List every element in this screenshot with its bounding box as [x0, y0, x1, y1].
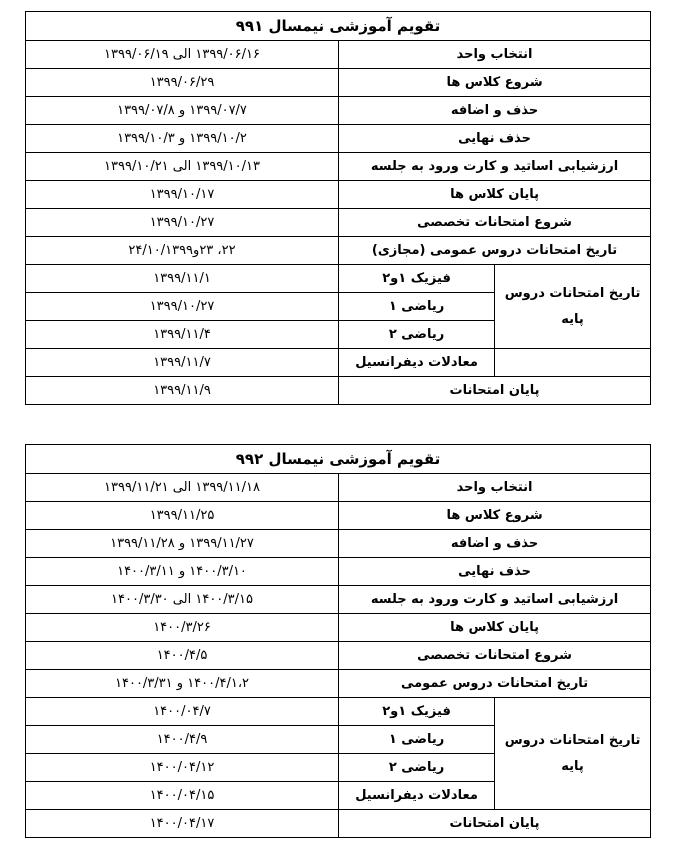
row-label: حذف نهایی	[339, 558, 651, 586]
course-name: فیزیک ۱و۲	[339, 698, 495, 726]
row-value: ۱۳۹۹/۱۱/۲۷ و ۱۳۹۹/۱۱/۲۸	[26, 530, 339, 558]
course-name: ریاضی ۱	[339, 726, 495, 754]
table-row: تاریخ امتحانات دروس عمومی ۱۴۰۰/۴/۱،۲ و ۱…	[26, 670, 651, 698]
row-label: پایان کلاس ها	[339, 181, 651, 209]
table-row: شروع کلاس ها ۱۳۹۹/۱۱/۲۵	[26, 502, 651, 530]
table-row: حذف و اضافه ۱۳۹۹/۱۱/۲۷ و ۱۳۹۹/۱۱/۲۸	[26, 530, 651, 558]
row-value: ۱۴۰۰/۳/۱۰ و ۱۴۰۰/۳/۱۱	[26, 558, 339, 586]
course-date: ۱۴۰۰/۴/۹	[26, 726, 339, 754]
row-label: شروع امتحانات تخصصی	[339, 209, 651, 237]
basic-course-row: معادلات دیفرانسیل ۱۳۹۹/۱۱/۷	[26, 349, 651, 377]
row-label: ارزشیابی اساتید و کارت ورود به جلسه	[339, 153, 651, 181]
row-label: پایان کلاس ها	[339, 614, 651, 642]
basic-courses-group-label: تاریخ امتحانات دروس پایه	[495, 265, 651, 349]
basic-courses-group-label: تاریخ امتحانات دروس پایه	[495, 698, 651, 810]
row-label: ارزشیابی اساتید و کارت ورود به جلسه	[339, 586, 651, 614]
table-row: تاریخ امتحانات دروس عمومی (مجازی) ۲۲، ۲۳…	[26, 237, 651, 265]
row-value: ۱۴۰۰/۳/۲۶	[26, 614, 339, 642]
row-value: ۱۴۰۰/۴/۵	[26, 642, 339, 670]
course-name: فیزیک ۱و۲	[339, 265, 495, 293]
row-label: پایان امتحانات	[339, 377, 651, 405]
course-date: ۱۴۰۰/۰۴/۱۲	[26, 754, 339, 782]
table-row: حذف و اضافه ۱۳۹۹/۰۷/۷ و ۱۳۹۹/۰۷/۸	[26, 97, 651, 125]
table-row: شروع امتحانات تخصصی ۱۴۰۰/۴/۵	[26, 642, 651, 670]
course-date: ۱۳۹۹/۱۱/۴	[26, 321, 339, 349]
row-value: ۱۳۹۹/۱۱/۹	[26, 377, 339, 405]
row-value: ۱۴۰۰/۳/۱۵ الی ۱۴۰۰/۳/۳۰	[26, 586, 339, 614]
row-label: شروع کلاس ها	[339, 69, 651, 97]
course-name: ریاضی ۲	[339, 754, 495, 782]
course-date: ۱۳۹۹/۱۱/۷	[26, 349, 339, 377]
row-value: ۱۳۹۹/۱۱/۲۵	[26, 502, 339, 530]
row-label: حذف نهایی	[339, 125, 651, 153]
course-name: معادلات دیفرانسیل	[339, 349, 495, 377]
table-row: حذف نهایی ۱۴۰۰/۳/۱۰ و ۱۴۰۰/۳/۱۱	[26, 558, 651, 586]
course-date: ۱۳۹۹/۱۱/۱	[26, 265, 339, 293]
course-date: ۱۴۰۰/۰۴/۷	[26, 698, 339, 726]
table-row: شروع امتحانات تخصصی ۱۳۹۹/۱۰/۲۷	[26, 209, 651, 237]
row-label: حذف و اضافه	[339, 97, 651, 125]
row-value: ۱۳۹۹/۱۰/۱۳ الی ۱۳۹۹/۱۰/۲۱	[26, 153, 339, 181]
row-value: ۱۳۹۹/۱۰/۲۷	[26, 209, 339, 237]
table-row: ارزشیابی اساتید و کارت ورود به جلسه ۱۳۹۹…	[26, 153, 651, 181]
table-row: حذف نهایی ۱۳۹۹/۱۰/۲ و ۱۳۹۹/۱۰/۳	[26, 125, 651, 153]
row-value: ۱۳۹۹/۱۰/۲ و ۱۳۹۹/۱۰/۳	[26, 125, 339, 153]
semester-991-calendar-table: تقویم آموزشی نیمسال ۹۹۱ انتخاب واحد ۱۳۹۹…	[25, 11, 651, 405]
semester-992-calendar-table: تقویم آموزشی نیمسال ۹۹۲ انتخاب واحد ۱۳۹۹…	[25, 444, 651, 838]
row-label: پایان امتحانات	[339, 810, 651, 838]
row-label: تاریخ امتحانات دروس عمومی	[339, 670, 651, 698]
row-value: ۱۳۹۹/۱۱/۱۸ الی ۱۳۹۹/۱۱/۲۱	[26, 474, 339, 502]
table-row: انتخاب واحد ۱۳۹۹/۰۶/۱۶ الی ۱۳۹۹/۰۶/۱۹	[26, 41, 651, 69]
end-exams-row: پایان امتحانات ۱۳۹۹/۱۱/۹	[26, 377, 651, 405]
row-value: ۱۴۰۰/۰۴/۱۷	[26, 810, 339, 838]
empty-cell	[495, 349, 651, 377]
course-name: معادلات دیفرانسیل	[339, 782, 495, 810]
row-value: ۱۳۹۹/۰۶/۲۹	[26, 69, 339, 97]
row-label: شروع امتحانات تخصصی	[339, 642, 651, 670]
table-row: ارزشیابی اساتید و کارت ورود به جلسه ۱۴۰۰…	[26, 586, 651, 614]
row-value: ۱۳۹۹/۰۶/۱۶ الی ۱۳۹۹/۰۶/۱۹	[26, 41, 339, 69]
row-value: ۲۲، ۲۳و۲۴/۱۰/۱۳۹۹	[26, 237, 339, 265]
table-title-row: تقویم آموزشی نیمسال ۹۹۱	[26, 12, 651, 41]
basic-course-row: تاریخ امتحانات دروس پایه فیزیک ۱و۲ ۱۳۹۹/…	[26, 265, 651, 293]
row-label: انتخاب واحد	[339, 41, 651, 69]
table-row: پایان کلاس ها ۱۳۹۹/۱۰/۱۷	[26, 181, 651, 209]
course-name: ریاضی ۱	[339, 293, 495, 321]
basic-course-row: تاریخ امتحانات دروس پایه فیزیک ۱و۲ ۱۴۰۰/…	[26, 698, 651, 726]
end-exams-row: پایان امتحانات ۱۴۰۰/۰۴/۱۷	[26, 810, 651, 838]
row-label: حذف و اضافه	[339, 530, 651, 558]
row-value: ۱۴۰۰/۴/۱،۲ و ۱۴۰۰/۳/۳۱	[26, 670, 339, 698]
table-title: تقویم آموزشی نیمسال ۹۹۲	[26, 445, 651, 474]
row-label: شروع کلاس ها	[339, 502, 651, 530]
row-value: ۱۳۹۹/۱۰/۱۷	[26, 181, 339, 209]
table-title-row: تقویم آموزشی نیمسال ۹۹۲	[26, 445, 651, 474]
row-label: انتخاب واحد	[339, 474, 651, 502]
course-date: ۱۳۹۹/۱۰/۲۷	[26, 293, 339, 321]
course-date: ۱۴۰۰/۰۴/۱۵	[26, 782, 339, 810]
table-row: انتخاب واحد ۱۳۹۹/۱۱/۱۸ الی ۱۳۹۹/۱۱/۲۱	[26, 474, 651, 502]
table-row: پایان کلاس ها ۱۴۰۰/۳/۲۶	[26, 614, 651, 642]
row-value: ۱۳۹۹/۰۷/۷ و ۱۳۹۹/۰۷/۸	[26, 97, 339, 125]
course-name: ریاضی ۲	[339, 321, 495, 349]
row-label: تاریخ امتحانات دروس عمومی (مجازی)	[339, 237, 651, 265]
table-title: تقویم آموزشی نیمسال ۹۹۱	[26, 12, 651, 41]
table-row: شروع کلاس ها ۱۳۹۹/۰۶/۲۹	[26, 69, 651, 97]
